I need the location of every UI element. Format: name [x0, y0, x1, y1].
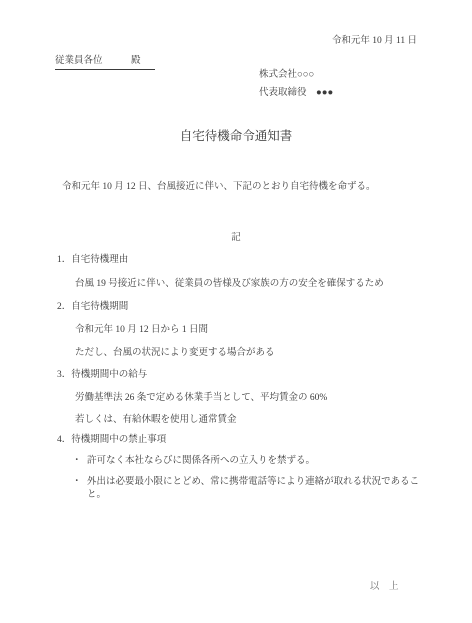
prohibition-item: ・ 外出は必要最小限にとどめ、常に携帯電話等により連絡が取れる状況であること。 [72, 476, 425, 502]
bullet-icon: ・ [72, 455, 87, 468]
representative-name: 代表取締役 ●●● [259, 87, 333, 100]
prohibition-item: ・ 許可なく本社ならびに関係各所への立入りを禁ずる。 [72, 455, 425, 468]
section-2-line-1: 令和元年 10 月 12 日から 1 日間 [75, 324, 208, 337]
bullet-icon: ・ [72, 476, 87, 489]
prohibition-item-text: 許可なく本社ならびに関係各所への立入りを禁ずる。 [87, 455, 425, 468]
section-2-heading: 2．自宅待機期間 [57, 301, 128, 314]
closing-marker: 以 上 [370, 581, 399, 594]
document-page: 令和元年 10 月 11 日 従業員各位 殿 株式会社○○○ 代表取締役 ●●●… [0, 0, 472, 623]
section-2-line-2: ただし、台風の状況により変更する場合がある [75, 347, 275, 360]
company-name: 株式会社○○○ [259, 69, 314, 82]
recipient-line: 従業員各位 殿 [55, 55, 155, 70]
section-3-heading: 3．待機期間中の給与 [57, 369, 147, 382]
document-date: 令和元年 10 月 11 日 [332, 35, 417, 48]
section-1-line-1: 台風 19 号接近に伴い、従業員の皆様及び家族の方の安全を確保するため [75, 278, 384, 291]
prohibition-item-text: 外出は必要最小限にとどめ、常に携帯電話等により連絡が取れる状況であること。 [87, 476, 425, 502]
section-3-line-1: 労働基準法 26 条で定める休業手当として、平均賃金の 60% [75, 392, 327, 405]
section-1-heading: 1．自宅待機理由 [57, 254, 128, 267]
record-marker: 記 [0, 232, 472, 245]
section-4-heading: 4．待機期間中の禁止事項 [57, 434, 166, 447]
document-title: 自宅待機命令通知書 [0, 130, 472, 143]
section-3-line-2: 若しくは、有給休暇を使用し通常賃金 [75, 414, 237, 427]
intro-paragraph: 令和元年 10 月 12 日、台風接近に伴い、下記のとおり自宅待機を命ずる。 [62, 181, 376, 194]
